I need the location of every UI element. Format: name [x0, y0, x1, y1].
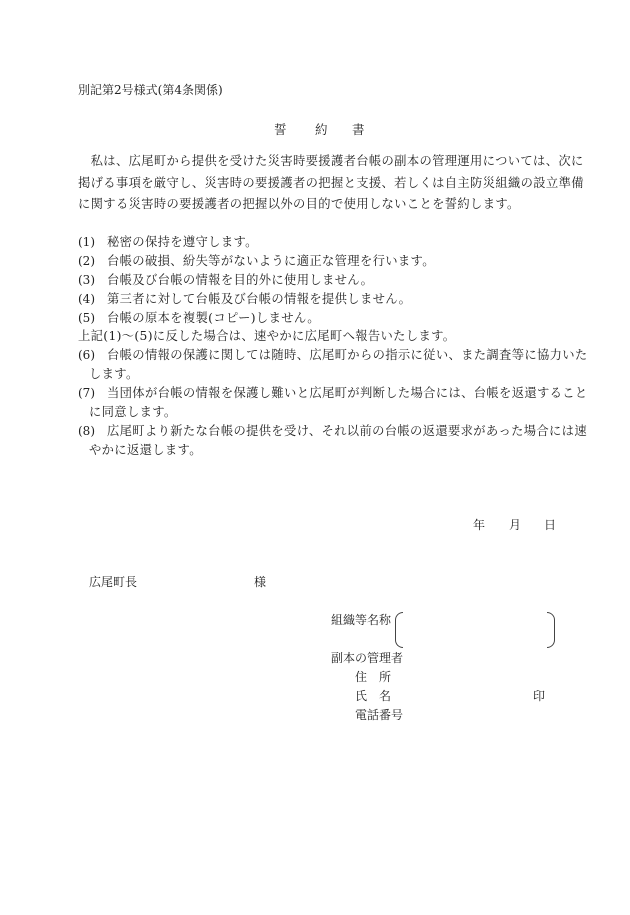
- title-char-2: 約: [315, 123, 328, 137]
- item-number: (1): [78, 235, 95, 249]
- addressee-name: 広尾町長: [89, 575, 137, 589]
- phone-label: 電話番号: [355, 708, 403, 722]
- title-char-3: 書: [352, 123, 365, 137]
- seal-mark: 印: [533, 689, 545, 703]
- item-number: (3): [78, 273, 95, 287]
- item-number: (6): [78, 348, 95, 362]
- addressee-honorific: 様: [254, 575, 266, 589]
- item-number: (5): [78, 311, 95, 325]
- item-number: (7): [78, 386, 95, 400]
- report-note: 上記(1)～(5)に反した場合は、速やかに広尾町へ報告いたします。: [78, 329, 455, 343]
- item-text: 秘密の保持を遵守します。: [107, 235, 258, 249]
- item-text: 台帳の情報の保護に関しては随時、広尾町からの指示に従い、また調査等に協力いた: [107, 348, 588, 362]
- org-name-field[interactable]: [395, 612, 555, 648]
- intro-line-2: 掲げる事項を厳守し、災害時の要援護者の把握と支援、若しくは自主防災組織の設立準備: [78, 176, 584, 190]
- item-text: 台帳の破損、紛失等がないように適正な管理を行います。: [107, 254, 435, 268]
- date-day: 日: [544, 518, 556, 532]
- right-bracket-icon: [547, 612, 555, 648]
- item-number: (2): [78, 254, 95, 268]
- form-label: 別記第2号様式(第4条関係): [78, 83, 223, 97]
- item-text: 台帳の原本を複製(コピー)しません。: [107, 311, 320, 325]
- intro-line-1: 私は、広尾町から提供を受けた災害時要援護者台帳の副本の管理運用については、次に: [78, 154, 584, 168]
- item-text-continued: に同意します。: [89, 405, 177, 419]
- item-text: 台帳及び台帳の情報を目的外に使用しません。: [107, 273, 373, 287]
- item-text: 広尾町より新たな台帳の提供を受け、それ以前の台帳の返還要求があった場合には速: [107, 424, 587, 438]
- manager-label: 副本の管理者: [331, 651, 403, 665]
- item-text-continued: やかに返還します。: [89, 443, 202, 457]
- date-year: 年: [473, 518, 485, 532]
- item-text-continued: します。: [89, 367, 139, 381]
- item-number: (8): [78, 424, 95, 438]
- left-bracket-icon: [395, 612, 403, 648]
- title-char-1: 誓: [274, 123, 287, 137]
- org-name-label: 組織等名称: [331, 613, 391, 627]
- intro-line-3: に関する災害時の要援護者の把握以外の目的で使用しないことを誓約します。: [78, 197, 520, 211]
- address-label: 住 所: [355, 670, 391, 684]
- item-text: 当団体が台帳の情報を保護し難いと広尾町が判断した場合には、台帳を返還すること: [107, 386, 588, 400]
- date-month: 月: [509, 518, 521, 532]
- item-number: (4): [78, 292, 95, 306]
- name-label: 氏 名: [355, 689, 391, 703]
- item-text: 第三者に対して台帳及び台帳の情報を提供しません。: [107, 292, 411, 306]
